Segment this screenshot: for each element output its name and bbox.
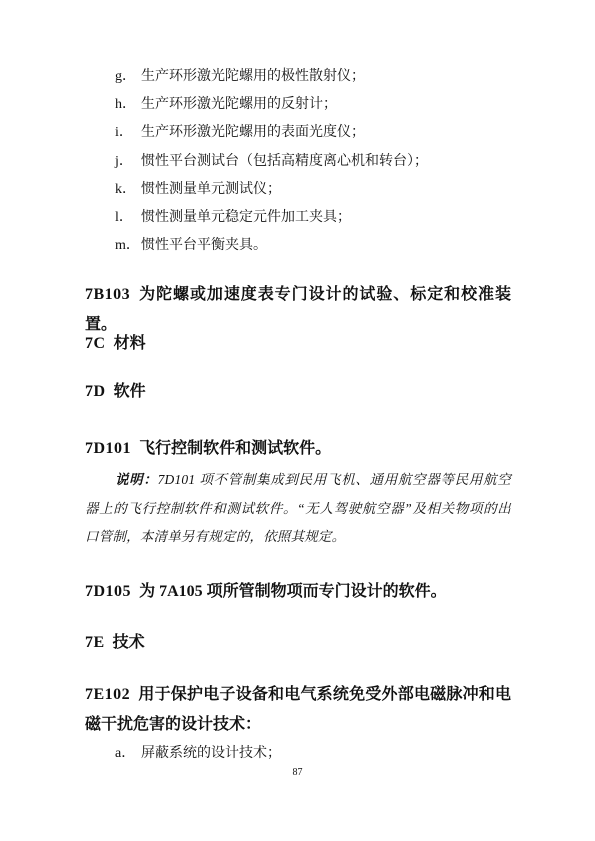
- list-marker: a．: [115, 740, 141, 768]
- section-title: 为 7A105 项所管制物项而专门设计的软件。: [139, 583, 447, 600]
- list-item-k: k．惯性测量单元测试仪；: [85, 176, 511, 204]
- section-title: 材料: [114, 335, 146, 352]
- note-label: 说明：: [115, 472, 158, 487]
- list-item-m: m．惯性平台平衡夹具。: [85, 232, 511, 260]
- section-code: 7D105: [85, 583, 131, 600]
- list-item-a: a．屏蔽系统的设计技术；: [85, 740, 511, 768]
- list-item-text: 生产环形激光陀螺用的极性散射仪；: [141, 69, 365, 84]
- page-number: 87: [0, 767, 595, 779]
- section-title: 为陀螺或加速度表专门设计的试验、标定和校准装置。: [85, 286, 511, 333]
- technique-list: a．屏蔽系统的设计技术；: [85, 740, 511, 768]
- list-item-text: 生产环形激光陀螺用的表面光度仪；: [141, 125, 365, 140]
- list-marker: l．: [115, 204, 141, 232]
- section-code: 7D101: [85, 440, 131, 457]
- list-item-text: 惯性平台平衡夹具。: [141, 238, 267, 253]
- section-title: 飞行控制软件和测试软件。: [139, 440, 331, 457]
- note-paragraph: 说明：7D101 项不管制集成到民用飞机、通用航空器等民用航空器上的飞行控制软件…: [85, 466, 511, 552]
- list-item-j: j．惯性平台测试台（包括高精度离心机和转台）；: [85, 148, 511, 176]
- list-item-g: g．生产环形激光陀螺用的极性散射仪；: [85, 63, 511, 91]
- document-page: g．生产环形激光陀螺用的极性散射仪； h．生产环形激光陀螺用的反射计； i．生产…: [0, 0, 595, 841]
- heading-7d105: 7D105为 7A105 项所管制物项而专门设计的软件。: [85, 577, 511, 607]
- list-item-i: i．生产环形激光陀螺用的表面光度仪；: [85, 119, 511, 147]
- section-code: 7D: [85, 383, 106, 400]
- section-code: 7C: [85, 335, 106, 352]
- section-code: 7B103: [85, 286, 130, 303]
- section-title: 技术: [113, 634, 145, 651]
- list-item-text: 惯性测量单元稳定元件加工夹具；: [141, 210, 351, 225]
- heading-7e: 7E技术: [85, 628, 511, 658]
- heading-7d101: 7D101飞行控制软件和测试软件。: [85, 434, 511, 464]
- list-item-text: 屏蔽系统的设计技术；: [141, 746, 281, 761]
- section-code: 7E102: [85, 686, 130, 703]
- heading-7d: 7D软件: [85, 377, 511, 407]
- note-block: 说明：7D101 项不管制集成到民用飞机、通用航空器等民用航空器上的飞行控制软件…: [85, 466, 511, 552]
- equipment-list: g．生产环形激光陀螺用的极性散射仪； h．生产环形激光陀螺用的反射计； i．生产…: [85, 63, 511, 260]
- list-item-l: l．惯性测量单元稳定元件加工夹具；: [85, 204, 511, 232]
- heading-7c: 7C材料: [85, 329, 511, 359]
- list-marker: h．: [115, 91, 141, 119]
- list-item-text: 生产环形激光陀螺用的反射计；: [141, 97, 337, 112]
- section-code: 7E: [85, 634, 105, 651]
- list-marker: m．: [115, 232, 141, 260]
- list-marker: g．: [115, 63, 141, 91]
- list-item-h: h．生产环形激光陀螺用的反射计；: [85, 91, 511, 119]
- list-item-text: 惯性平台测试台（包括高精度离心机和转台）；: [141, 154, 428, 169]
- heading-7e102: 7E102用于保护电子设备和电气系统免受外部电磁脉冲和电磁干扰危害的设计技术：: [85, 680, 511, 740]
- section-title: 用于保护电子设备和电气系统免受外部电磁脉冲和电磁干扰危害的设计技术：: [85, 686, 511, 733]
- list-marker: i．: [115, 119, 141, 147]
- list-marker: k．: [115, 176, 141, 204]
- list-item-text: 惯性测量单元测试仪；: [141, 182, 281, 197]
- section-title: 软件: [114, 383, 146, 400]
- list-marker: j．: [115, 148, 141, 176]
